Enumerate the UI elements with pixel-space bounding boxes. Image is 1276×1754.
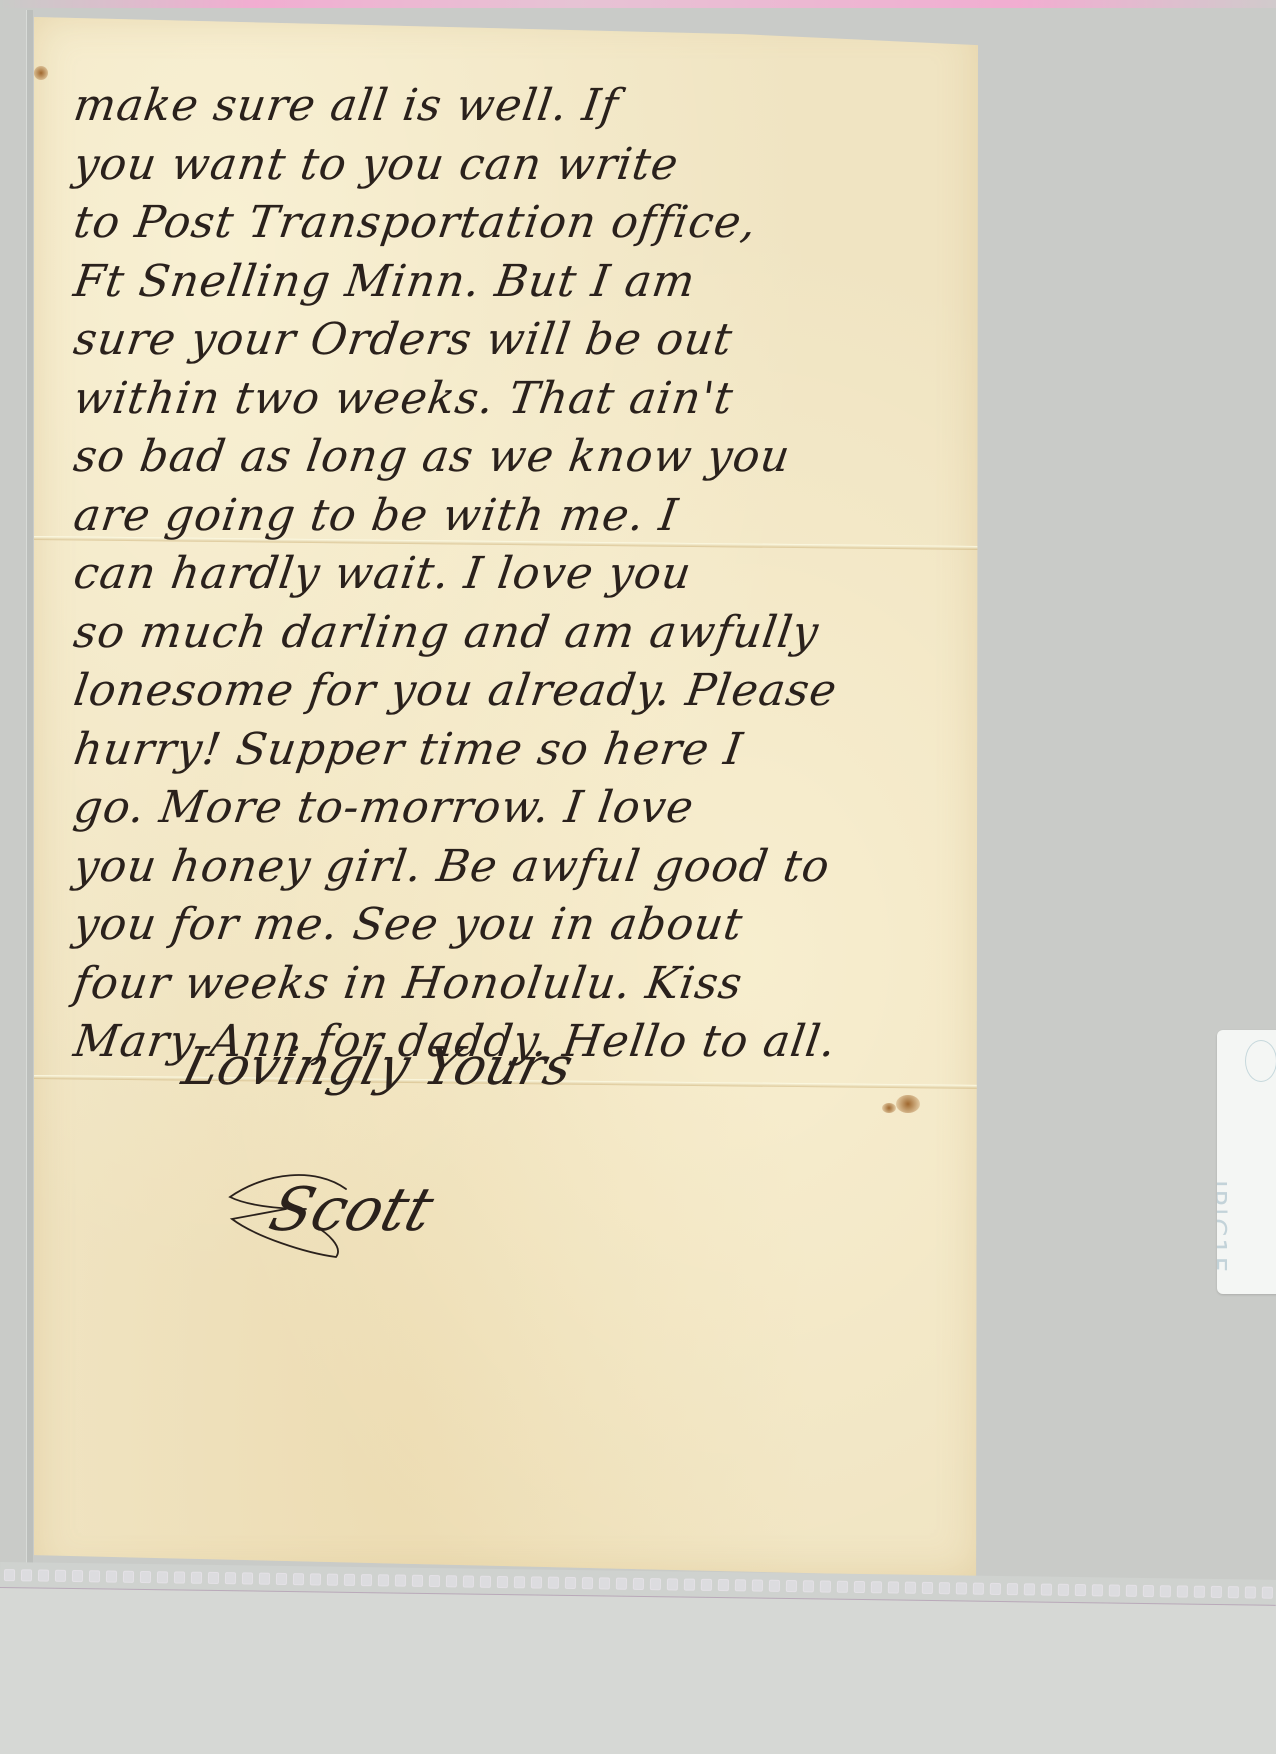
letter-line: you want to you can write [70,136,958,195]
letter-line: you for me. See you in about [70,896,958,955]
sticker-stamp-icon [1245,1040,1276,1082]
letter-closing: Lovingly Yours [177,1037,579,1097]
sleeve-edge [26,10,33,1588]
letter-line: make sure all is well. If [70,77,958,136]
scanner-bed [0,1588,1276,1754]
letter-line: so bad as long as we know you [70,428,958,487]
letter-line: you honey girl. Be awful good to [70,838,958,897]
letter-line: within two weeks. That ain't [70,370,958,429]
letter-line: Ft Snelling Minn. But I am [70,253,958,312]
water-stain [896,1095,920,1113]
letter-line: can hardly wait. I love you [70,545,958,604]
ink-stain [34,66,48,80]
signature-flourish-icon [226,1157,386,1267]
letter-body: make sure all is well. If you want to yo… [70,77,950,1072]
letter-paper: make sure all is well. If you want to yo… [34,17,978,1577]
letter-line: are going to be with me. I [70,487,958,546]
letter-line: lonesome for you already. Please [70,662,958,721]
scanner-glare [0,0,1276,8]
scanned-letter-page: { "document": { "type": "handwritten let… [0,0,1276,1754]
letter-line: go. More to-morrow. I love [70,779,958,838]
sticker-label: JP|C1F [1217,1180,1231,1274]
letter-line: so much darling and am awfully [70,604,958,663]
letter-line: four weeks in Honolulu. Kiss [70,955,958,1014]
water-stain [882,1103,896,1113]
catalog-sticker: JP|C1F [1217,1030,1276,1294]
letter-line: to Post Transportation office, [70,194,958,253]
letter-line: hurry! Supper time so here I [70,721,958,780]
letter-line: sure your Orders will be out [70,311,958,370]
